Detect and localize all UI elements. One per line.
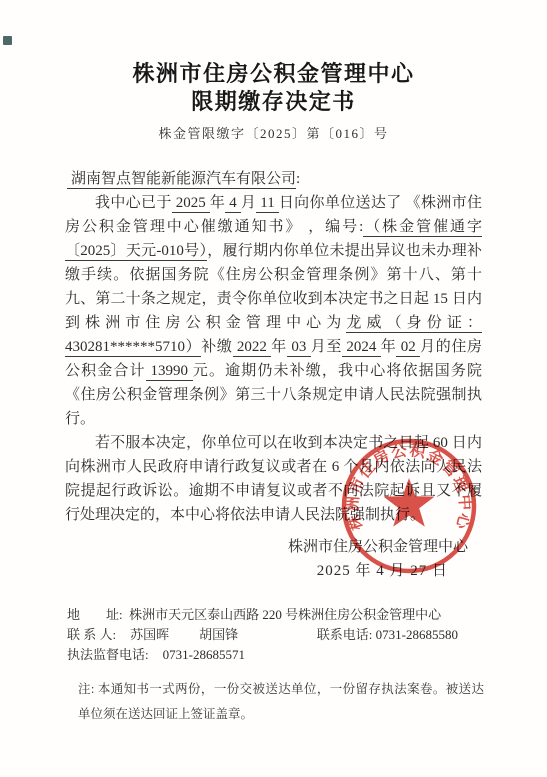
p1-amount: 13990 [146, 363, 193, 381]
p1-text: 年 [210, 195, 225, 211]
recipient-colon: : [296, 171, 300, 187]
document-header: 株洲市住房公积金管理中心 限期缴存决定书 株金管限缴字〔2025〕第〔016〕号 [0, 0, 547, 142]
p1-text: 月 [241, 195, 256, 211]
supervision-label: 执法监督电话: [67, 645, 149, 664]
supervision-row: 执法监督电话:0731-28685571 [67, 645, 486, 664]
address-value: 株洲市天元区泰山西路 220 号株洲住房公积金管理中心 [123, 605, 442, 624]
page-title: 株洲市住房公积金管理中心 [0, 60, 547, 88]
phone-group: 联系电话: 0731-28685580 [317, 625, 486, 644]
contact-name-2: 胡国锋 [199, 625, 238, 644]
address-row: 地 址: 株洲市天元区泰山西路 220 号株洲住房公积金管理中心 [67, 605, 486, 624]
p1-start-year: 2022 [233, 339, 272, 357]
phone-value: 0731-28685580 [372, 627, 458, 642]
recipient-company: 湖南智点智能新能源汽车有限公司 [67, 171, 296, 189]
recipient-line: 湖南智点智能新能源汽车有限公司: [67, 167, 482, 191]
signature-block: 株洲市住房公积金管理中心 2025 年 4 月 27 日 [65, 535, 482, 583]
footnote: 注: 本通知书一式两份，一份交被送达单位，一份留存执法案卷。被送达单位须在送达回… [78, 677, 484, 727]
p1-end-month: 02 [396, 339, 420, 357]
p1-text: 年 [381, 339, 397, 355]
p1-year-sent: 2025 [172, 195, 210, 213]
p1-start-month: 03 [287, 339, 311, 357]
address-label: 地 址: [67, 605, 123, 624]
contact-block: 地 址: 株洲市天元区泰山西路 220 号株洲住房公积金管理中心 联 系 人:苏… [67, 605, 486, 664]
scan-artifact [3, 36, 12, 45]
scanned-document-page: 株洲市住房公积金管理中心 限期缴存决定书 株金管限缴字〔2025〕第〔016〕号… [0, 0, 547, 777]
paragraph-2: 若不服本决定，你单位可以在收到本决定书之日起 60 日内向株洲市人民政府申请行政… [65, 431, 482, 527]
p1-text: 我中心已于 [95, 195, 172, 211]
paragraph-1: 我中心已于 2025 年 4 月 11 日向你单位送达了 《株洲市住房公积金管理… [65, 191, 482, 431]
contact-row: 联 系 人:苏国晖胡国锋联系电话: 0731-28685580 [67, 625, 486, 644]
p1-day-sent: 11 [256, 195, 279, 213]
p1-text: 年 [271, 339, 287, 355]
phone-label: 联系电话: [317, 627, 373, 642]
p1-text: 补缴 [201, 339, 232, 355]
signature-date: 2025 年 4 月 27 日 [65, 559, 482, 583]
document-number: 株金管限缴字〔2025〕第〔016〕号 [0, 123, 547, 142]
contact-label: 联 系 人: [67, 625, 116, 644]
signature-org: 株洲市住房公积金管理中心 [65, 535, 482, 559]
document-body: 湖南智点智能新能源汽车有限公司: 我中心已于 2025 年 4 月 11 日向你… [65, 167, 482, 583]
supervision-value: 0731-28685571 [163, 645, 245, 664]
contact-name-1: 苏国晖 [130, 625, 169, 644]
p1-end-year: 2024 [342, 339, 381, 357]
page-subtitle: 限期缴存决定书 [0, 88, 547, 116]
p1-month-sent: 4 [225, 195, 241, 213]
p1-text: 月至 [311, 339, 342, 355]
